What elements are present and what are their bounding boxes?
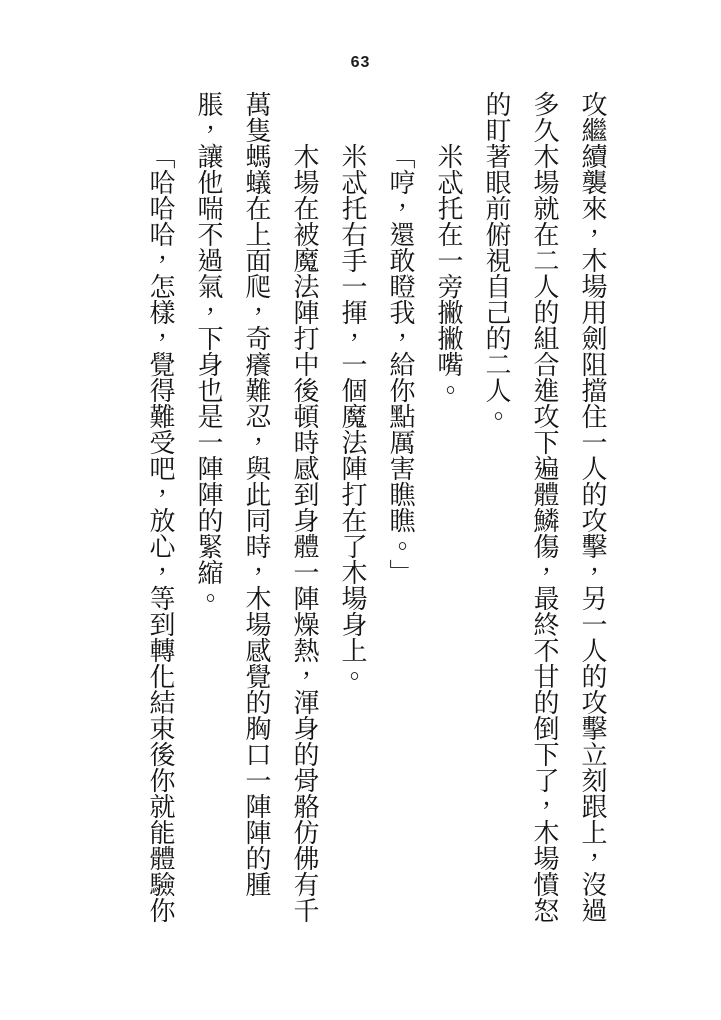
- paragraph: 攻繼續襲來，木場用劍阻擋住一人的攻擊，另一人的攻擊立刻跟上，沒過多久木場就在二人…: [472, 91, 616, 937]
- paragraph: 「哼，還敢瞪我，給你點厲害瞧瞧。」: [376, 91, 424, 937]
- book-page: 63 攻繼續襲來，木場用劍阻擋住一人的攻擊，另一人的攻擊立刻跟上，沒過多久木場就…: [0, 0, 721, 1020]
- paragraph: 木場在被魔法陣打中後頓時感到身體一陣燥熱，渾身的骨骼仿佛有千萬隻螞蟻在上面爬，奇…: [184, 91, 328, 937]
- paragraph: 「哈哈哈，怎樣，覺得難受吧，放心，等到轉化結束後你就能體驗你: [136, 91, 184, 937]
- page-number: 63: [0, 54, 721, 72]
- page-text: 攻繼續襲來，木場用劍阻擋住一人的攻擊，另一人的攻擊立刻跟上，沒過多久木場就在二人…: [136, 91, 616, 937]
- paragraph: 米忒托右手一揮，一個魔法陣打在了木場身上。: [328, 91, 376, 937]
- paragraph: 米忒托在一旁撇撇嘴。: [424, 91, 472, 937]
